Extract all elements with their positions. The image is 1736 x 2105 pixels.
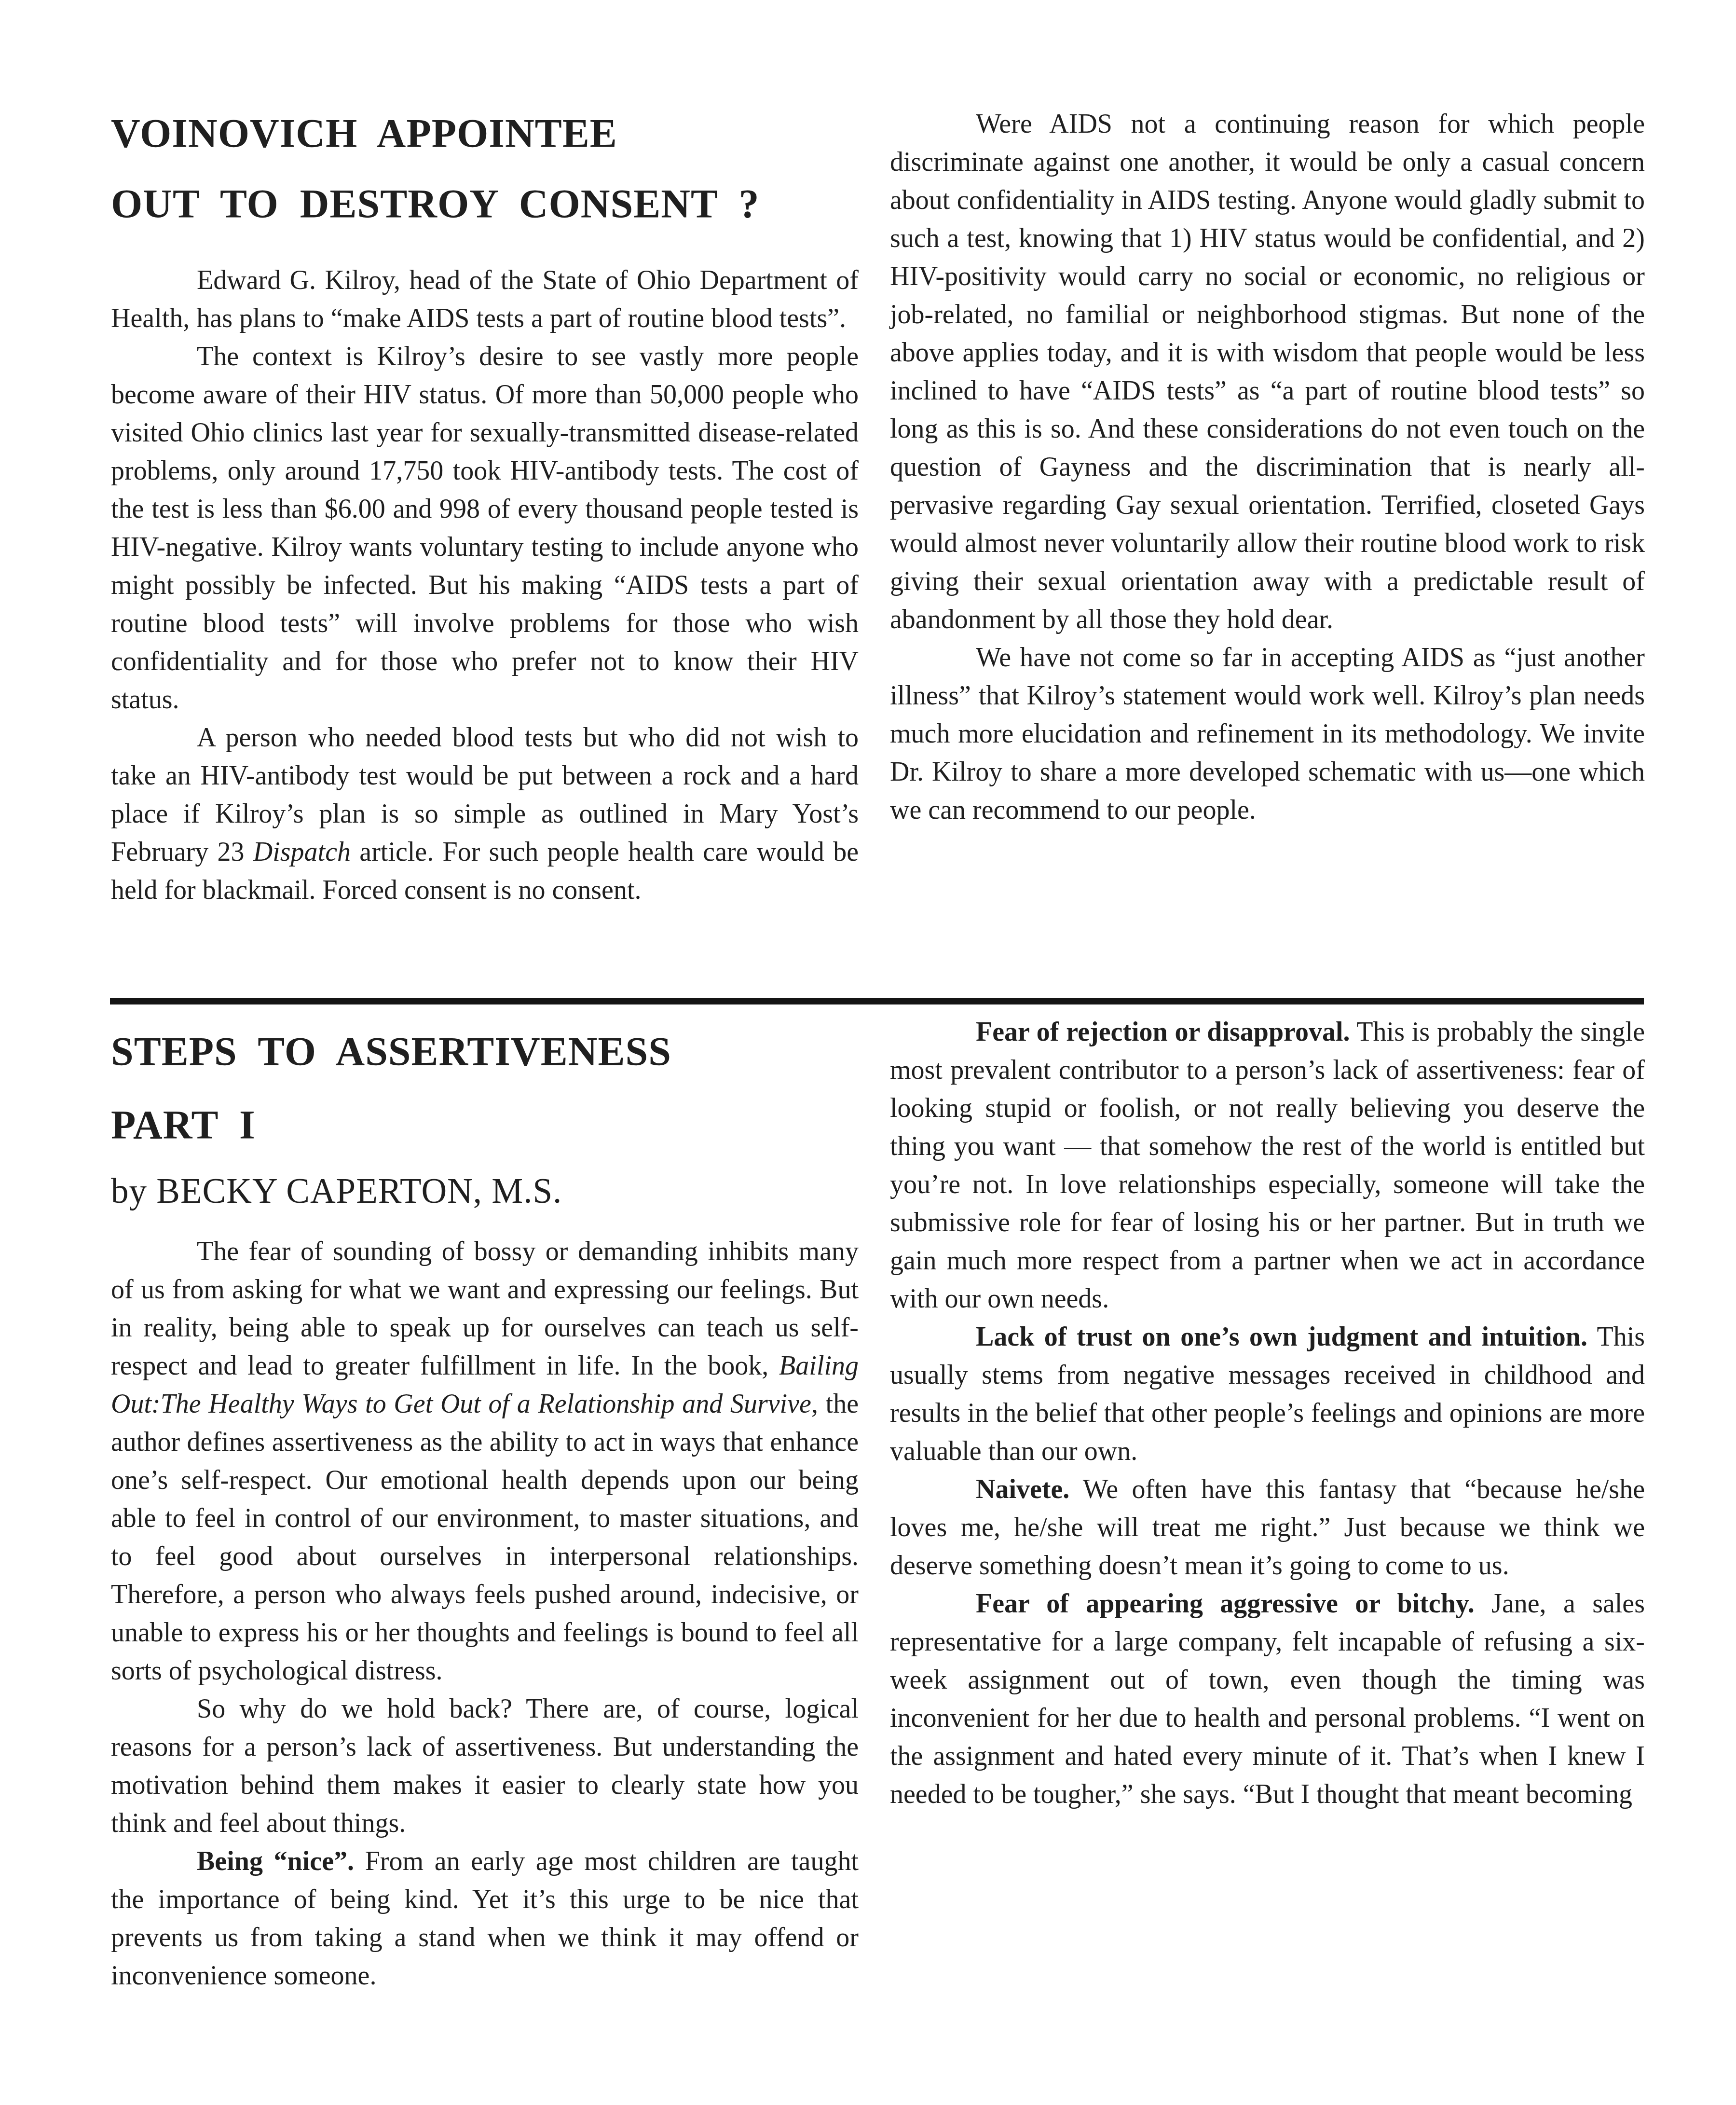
article-2-headline-line-2: PART I (111, 1089, 859, 1162)
paragraph: Being “nice”. From an early age most chi… (111, 1843, 859, 1995)
paragraph: A person who needed blood tests but who … (111, 719, 859, 909)
paragraph: Fear of appearing aggressive or bitchy. … (890, 1585, 1645, 1814)
text-run-normal: The context is Kilroy’s desire to see va… (111, 342, 859, 715)
article-1-headline-line-2: OUT TO DESTROY CONSENT ? (111, 169, 859, 240)
paragraph: The context is Kilroy’s desire to see va… (111, 338, 859, 719)
text-run-normal: So why do we hold back? There are, of co… (111, 1694, 859, 1838)
article-1-right-column: Were AIDS not a continuing reason for wh… (890, 105, 1645, 829)
text-run-normal: Edward G. Kilroy, head of the State of O… (111, 265, 859, 333)
text-run-bold: Lack of trust on one’s own judgment and … (976, 1322, 1587, 1352)
paragraph: The fear of sounding of bossy or demandi… (111, 1233, 859, 1690)
paragraph: Were AIDS not a continuing reason for wh… (890, 105, 1645, 639)
article-2-byline: by BECKY CAPERTON, M.S. (111, 1170, 859, 1212)
article-1-left-column: VOINOVICH APPOINTEE OUT TO DESTROY CONSE… (111, 99, 859, 909)
text-run-normal: The fear of sounding of bossy or demandi… (111, 1237, 859, 1381)
paragraph: Lack of trust on one’s own judgment and … (890, 1318, 1645, 1471)
text-run-normal: , the author defines assertiveness as th… (111, 1389, 859, 1686)
text-run-normal: We have not come so far in accepting AID… (890, 643, 1645, 825)
article-1-headline-line-1: VOINOVICH APPOINTEE (111, 99, 859, 169)
text-run-normal: Jane, a sales representative for a large… (890, 1589, 1645, 1809)
article-1-headline: VOINOVICH APPOINTEE OUT TO DESTROY CONSE… (111, 99, 859, 240)
text-run-normal: Were AIDS not a continuing reason for wh… (890, 109, 1645, 634)
text-run-bold: Fear of rejection or disapproval. (976, 1017, 1350, 1047)
article-2-right-body: Fear of rejection or disapproval. This i… (890, 1013, 1645, 1814)
section-divider-rule (110, 998, 1644, 1004)
text-run-normal: This is probably the single most prevale… (890, 1017, 1645, 1314)
text-run-bold: Fear of appearing aggressive or bitchy. (976, 1589, 1475, 1619)
text-run-bold: Naivete. (976, 1474, 1069, 1504)
paragraph: We have not come so far in accepting AID… (890, 639, 1645, 829)
paragraph: Fear of rejection or disapproval. This i… (890, 1013, 1645, 1318)
article-1-left-body: Edward G. Kilroy, head of the State of O… (111, 261, 859, 909)
text-run-bold: Being “nice”. (197, 1846, 354, 1876)
paragraph: So why do we hold back? There are, of co… (111, 1690, 859, 1843)
article-1-right-body: Were AIDS not a continuing reason for wh… (890, 105, 1645, 829)
article-2-left-body: The fear of sounding of bossy or demandi… (111, 1233, 859, 1995)
paragraph: Edward G. Kilroy, head of the State of O… (111, 261, 859, 338)
article-2-headline: STEPS TO ASSERTIVENESS PART I (111, 1016, 859, 1162)
text-run-italic: Dispatch (253, 837, 351, 867)
article-2-headline-line-1: STEPS TO ASSERTIVENESS (111, 1016, 859, 1089)
article-2-right-column: Fear of rejection or disapproval. This i… (890, 1013, 1645, 1814)
page: VOINOVICH APPOINTEE OUT TO DESTROY CONSE… (0, 0, 1736, 2105)
article-2-left-column: STEPS TO ASSERTIVENESS PART I by BECKY C… (111, 1016, 859, 1995)
paragraph: Naivete. We often have this fantasy that… (890, 1471, 1645, 1585)
